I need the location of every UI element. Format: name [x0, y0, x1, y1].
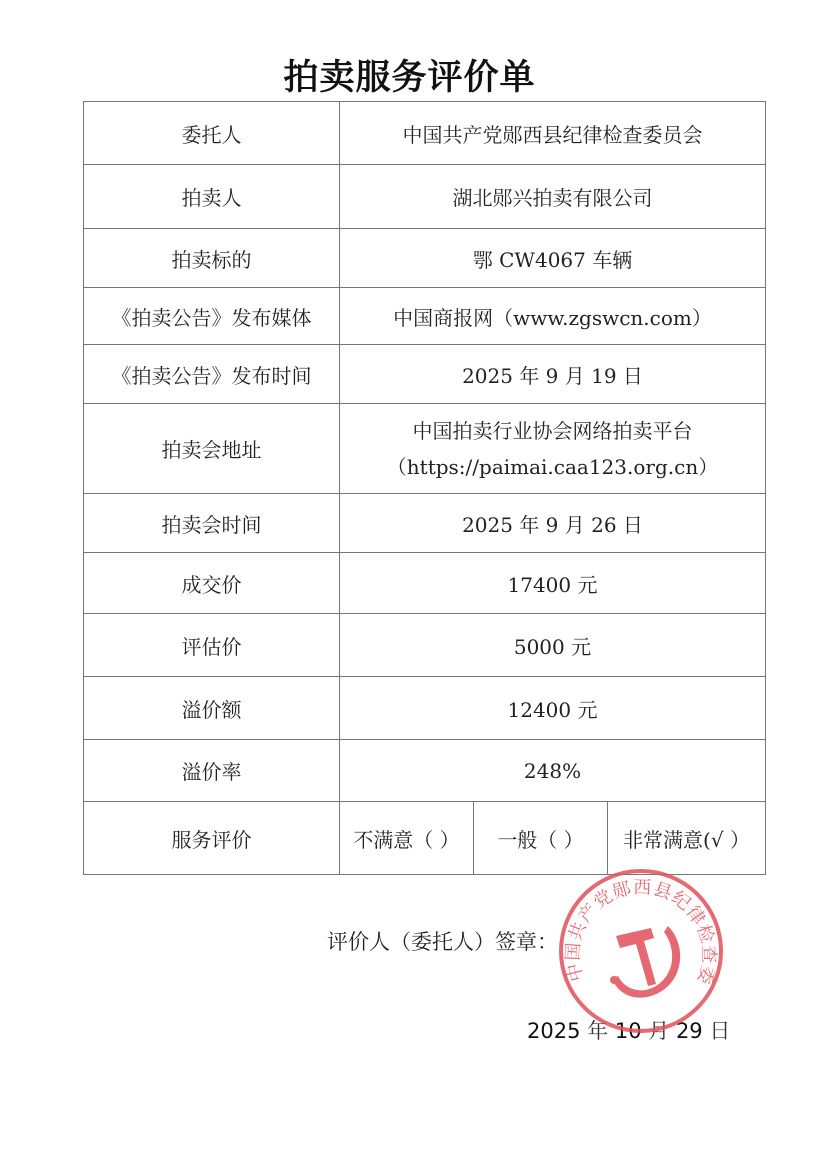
signature-date: 2025 年 10 月 29 日 [527, 1015, 730, 1045]
official-seal-icon: 中国共产党郧西县纪律检查委员会 [556, 866, 726, 1036]
date-day: 29 [676, 1019, 703, 1043]
row-value-announcement-media: 中国商报网（www.zgswcn.com） [340, 288, 766, 345]
row-label-service-rating: 服务评价 [84, 802, 340, 875]
table-row: 《拍卖公告》发布时间 2025 年 9 月 19 日 [84, 345, 766, 404]
table-row: 委托人 中国共产党郧西县纪律检查委员会 [84, 102, 766, 165]
date-month: 10 [615, 1019, 642, 1043]
row-value-auctioneer: 湖北郧兴拍卖有限公司 [340, 165, 766, 229]
row-value-premium-rate: 248% [340, 740, 766, 802]
signature-label: 评价人（委托人）签章： [327, 926, 558, 956]
table-row: 拍卖会时间 2025 年 9 月 26 日 [84, 494, 766, 553]
date-year-unit: 年 [587, 1019, 608, 1043]
service-rating-options: 不满意（ ） 一般（ ） 非常满意(√ ） [340, 802, 766, 875]
table-row: 拍卖标的 鄂 CW4067 车辆 [84, 229, 766, 288]
table-row: 成交价 17400 元 [84, 553, 766, 614]
table-row: 《拍卖公告》发布媒体 中国商报网（www.zgswcn.com） [84, 288, 766, 345]
table-row: 溢价额 12400 元 [84, 677, 766, 740]
row-value-auction-item: 鄂 CW4067 车辆 [340, 229, 766, 288]
row-label-premium-amount: 溢价额 [84, 677, 340, 740]
row-value-auction-address: 中国拍卖行业协会网络拍卖平台 （https://paimai.caa123.or… [340, 404, 766, 494]
row-value-announcement-date: 2025 年 9 月 19 日 [340, 345, 766, 404]
date-day-unit: 日 [709, 1019, 730, 1043]
date-year: 2025 [527, 1019, 580, 1043]
document-title: 拍卖服务评价单 [0, 50, 819, 100]
row-label-premium-rate: 溢价率 [84, 740, 340, 802]
auction-platform-url: （https://paimai.caa123.org.cn） [340, 449, 765, 485]
row-value-client: 中国共产党郧西县纪律检查委员会 [340, 102, 766, 165]
table-row: 拍卖人 湖北郧兴拍卖有限公司 [84, 165, 766, 229]
row-value-appraised-price: 5000 元 [340, 614, 766, 677]
rating-option-very-satisfied[interactable]: 非常满意(√ ） [608, 802, 765, 874]
row-value-premium-amount: 12400 元 [340, 677, 766, 740]
row-label-auctioneer: 拍卖人 [84, 165, 340, 229]
row-label-appraised-price: 评估价 [84, 614, 340, 677]
hammer-sickle-icon [610, 926, 680, 998]
rating-option-average[interactable]: 一般（ ） [474, 802, 608, 874]
row-value-deal-price: 17400 元 [340, 553, 766, 614]
date-month-unit: 月 [648, 1019, 669, 1043]
row-label-auction-date: 拍卖会时间 [84, 494, 340, 553]
svg-text:中国共产党郧西县纪律检查委员会: 中国共产党郧西县纪律检查委员会 [556, 866, 719, 987]
row-label-auction-item: 拍卖标的 [84, 229, 340, 288]
row-label-deal-price: 成交价 [84, 553, 340, 614]
row-label-announcement-date: 《拍卖公告》发布时间 [84, 345, 340, 404]
row-value-auction-date: 2025 年 9 月 26 日 [340, 494, 766, 553]
row-label-auction-address: 拍卖会地址 [84, 404, 340, 494]
table-row: 评估价 5000 元 [84, 614, 766, 677]
rating-option-dissatisfied[interactable]: 不满意（ ） [340, 802, 474, 874]
table-row: 拍卖会地址 中国拍卖行业协会网络拍卖平台 （https://paimai.caa… [84, 404, 766, 494]
evaluation-table: 委托人 中国共产党郧西县纪律检查委员会 拍卖人 湖北郧兴拍卖有限公司 拍卖标的 … [83, 101, 766, 875]
row-label-client: 委托人 [84, 102, 340, 165]
auction-platform-name: 中国拍卖行业协会网络拍卖平台 [340, 413, 765, 449]
table-row: 服务评价 不满意（ ） 一般（ ） 非常满意(√ ） [84, 802, 766, 875]
row-label-announcement-media: 《拍卖公告》发布媒体 [84, 288, 340, 345]
table-row: 溢价率 248% [84, 740, 766, 802]
